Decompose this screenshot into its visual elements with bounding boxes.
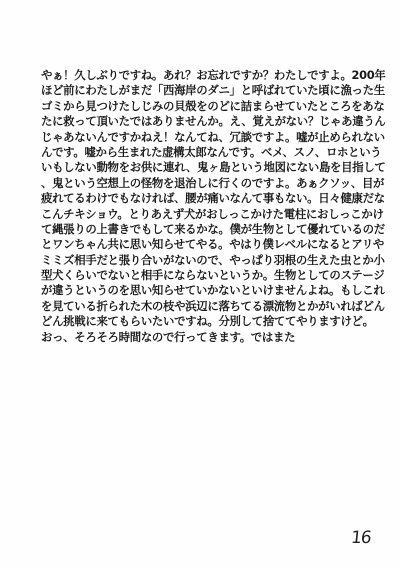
body-text: やぁ！久しぶりですね。あれ？お忘れですか？わたしですよ。200年 ほど前にわたし…	[41, 68, 351, 345]
text-line: 、鬼という空想上の怪物を退治しに行くのですよ。あぁクソッ、目が	[41, 176, 351, 191]
text-line: が違うというのを思い知らせていかないといけませんよね。もしこれ	[41, 283, 351, 298]
text-line: ゴミから見つけたしじみの貝殻をのどに詰まらせていたところをあな	[41, 99, 351, 114]
page-number: 16	[350, 528, 372, 548]
text-line: を見ている折られた木の枝や浜辺に落ちてる漂流物とかがいればどん	[41, 299, 351, 314]
text-line: やぁ！久しぶりですね。あれ？お忘れですか？わたしですよ。200年	[41, 68, 351, 83]
text-line: いもしない動物をお供に連れ、鬼ヶ島という地図にない島を目指して	[41, 160, 351, 175]
text-line: ミミズ相手だと張り合いがないので、やっぱり羽根の生えた虫とか小	[41, 253, 351, 268]
text-line: んです。嘘から生まれた虚構太郎なんです。ベメ、スノ、ロホという	[41, 145, 351, 160]
text-line: 型犬くらいでないと相手にならないというか。生物としてのステージ	[41, 268, 351, 283]
text-line: て縄張りの上書きでもして来るかな。僕が生物として優れているのだ	[41, 222, 351, 237]
text-line: じゃあないんですかねえ！なんてね、冗談ですよ。嘘が止められない	[41, 130, 351, 145]
text-line: ほど前にわたしがまだ「西海岸のダニ」と呼ばれていた頃に漁った生	[41, 83, 351, 98]
text-line: とワンちゃん共に思い知らせてやる。やはり僕レベルになるとアリや	[41, 237, 351, 252]
text-line: おっ、そろそろ時間なので行ってきます。ではまた	[41, 330, 351, 345]
text-line: たに救って頂いたではありませんか。え、覚えがない？じゃあ違うん	[41, 114, 351, 129]
text-line: どん挑戦に来てもらいたいですね。分別して捨ててやりますけど。	[41, 314, 351, 329]
text-line: こんチキショウ。とりあえず犬がおしっこかけた電柱におしっこかけ	[41, 207, 351, 222]
text-line: 疲れてるわけでもなければ、腰が痛いなんて事もない。日々健康だな	[41, 191, 351, 206]
document-page: やぁ！久しぶりですね。あれ？お忘れですか？わたしですよ。200年 ほど前にわたし…	[0, 0, 400, 567]
